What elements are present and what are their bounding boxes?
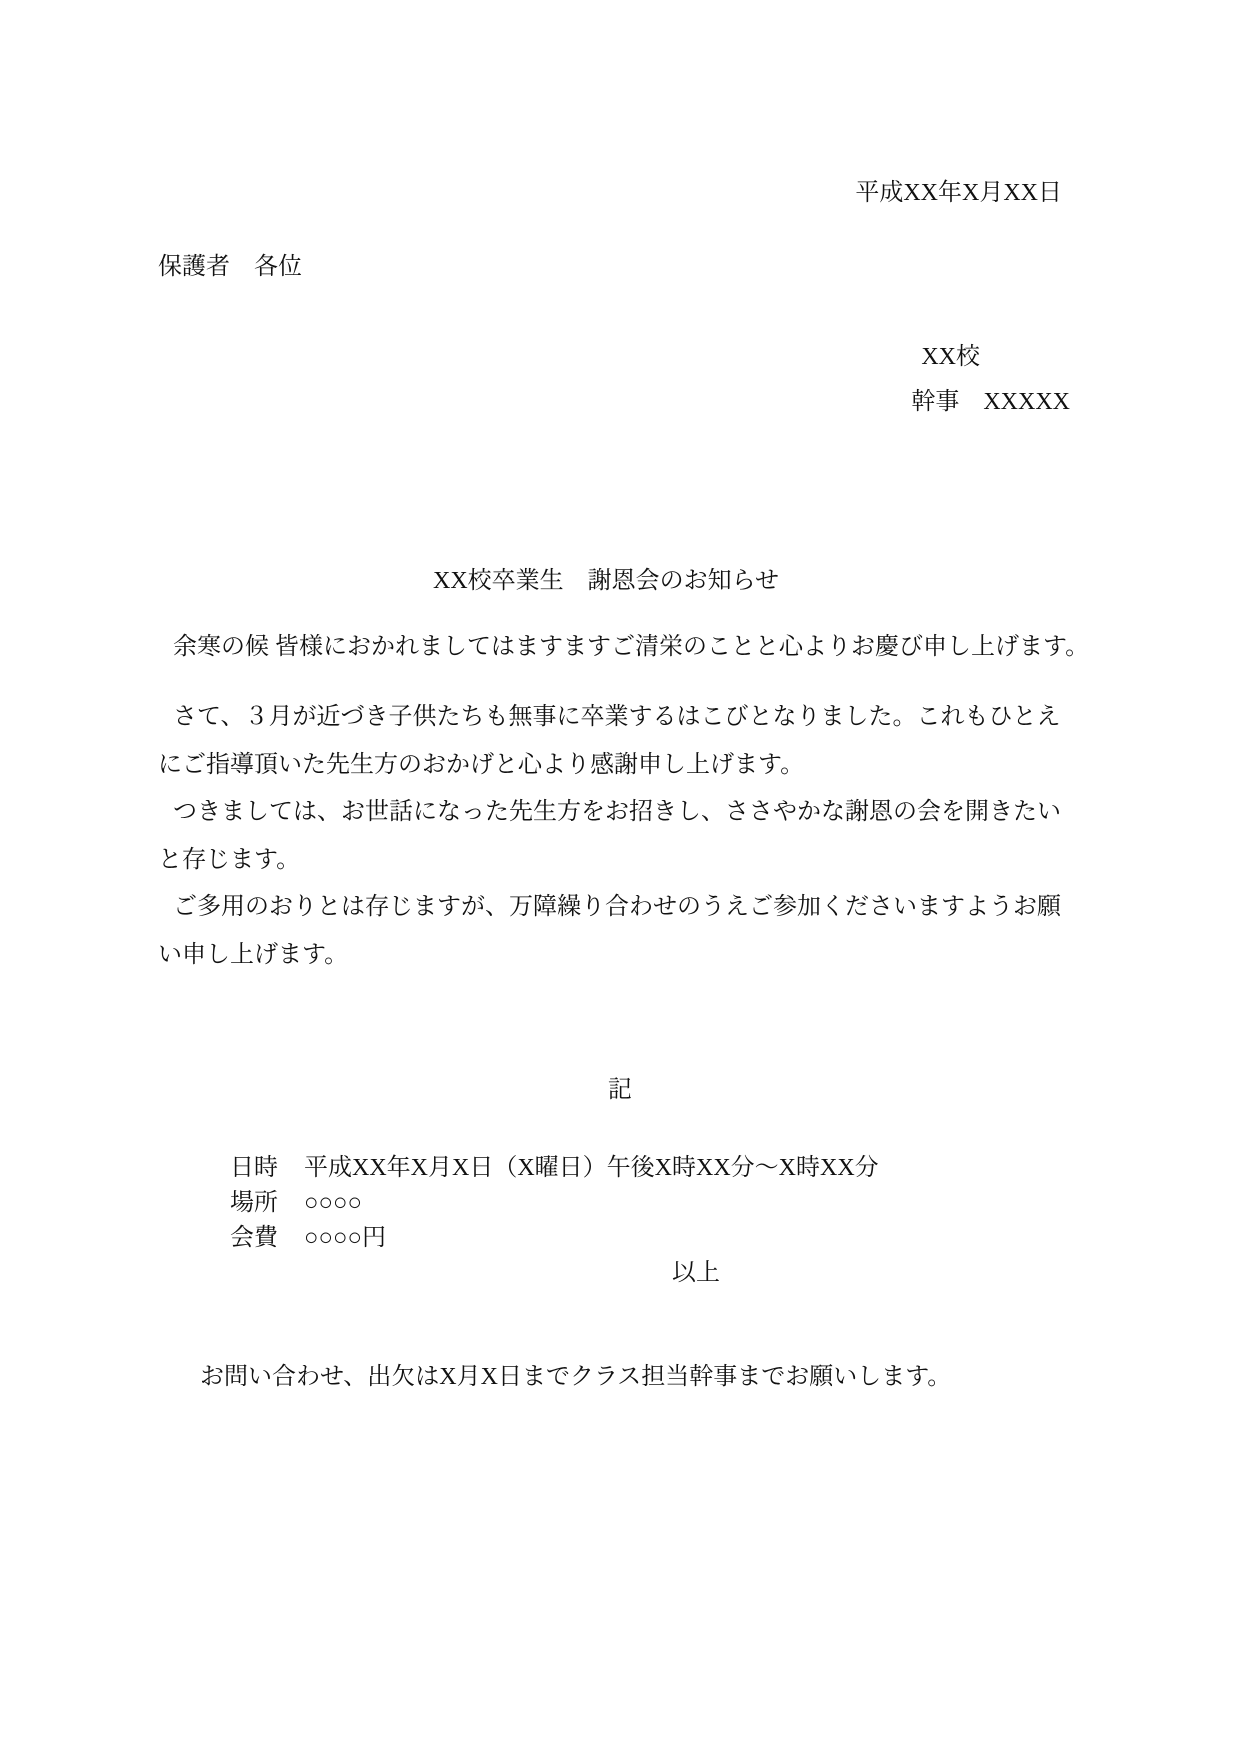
date-line: 平成XX年X月XX日 <box>855 176 1062 210</box>
document-title: XX校卒業生 謝恩会のお知らせ <box>433 564 779 598</box>
recipient-line: 保護者 各位 <box>158 250 302 284</box>
detail-label-place: 場所 <box>230 1186 278 1221</box>
detail-value-fee: ○○○○円 <box>304 1221 386 1256</box>
sender-organizer: 幹事 XXXXX <box>911 385 1070 419</box>
detail-value-datetime: 平成XX年X月X日（X曜日）午後X時XX分～X時XX分 <box>304 1151 879 1186</box>
body-paragraph-1: さて、３月が近づき子供たちも無事に卒業するはこびとなりました。これもひとえ にご… <box>158 694 1168 789</box>
body-paragraphs: さて、３月が近づき子供たちも無事に卒業するはこびとなりました。これもひとえ にご… <box>158 694 1168 980</box>
closing-marker: 以上 <box>672 1256 720 1291</box>
body-paragraph-2: つきましては、お世話になった先生方をお招きし、ささやかな謝恩の会を開きたい と存… <box>158 789 1168 884</box>
greeting-paragraph: 余寒の候 皆様におかれましてはますますご清栄のことと心よりお慶び申し上げます。 <box>158 624 1168 672</box>
body-paragraph-3: ご多用のおりとは存じますが、万障繰り合わせのうえご参加くださいますようお願 い申… <box>158 884 1168 979</box>
detail-row-place: 場所 ○○○○ <box>230 1186 879 1221</box>
detail-value-place: ○○○○ <box>304 1186 362 1221</box>
sender-school: XX校 <box>921 340 980 374</box>
footer-note: お問い合わせ、出欠はX月X日までクラス担当幹事までお願いします。 <box>200 1354 951 1402</box>
ki-marker: 記 <box>0 1068 1240 1112</box>
detail-row-datetime: 日時 平成XX年X月X日（X曜日）午後X時XX分～X時XX分 <box>230 1151 879 1186</box>
document-page: 平成XX年X月XX日 保護者 各位 XX校 幹事 XXXXX XX校卒業生 謝恩… <box>0 0 1240 1755</box>
detail-row-fee: 会費 ○○○○円 <box>230 1221 879 1256</box>
detail-label-fee: 会費 <box>230 1221 278 1256</box>
details-block: 日時 平成XX年X月X日（X曜日）午後X時XX分～X時XX分 場所 ○○○○ 会… <box>230 1151 879 1256</box>
detail-label-datetime: 日時 <box>230 1151 278 1186</box>
